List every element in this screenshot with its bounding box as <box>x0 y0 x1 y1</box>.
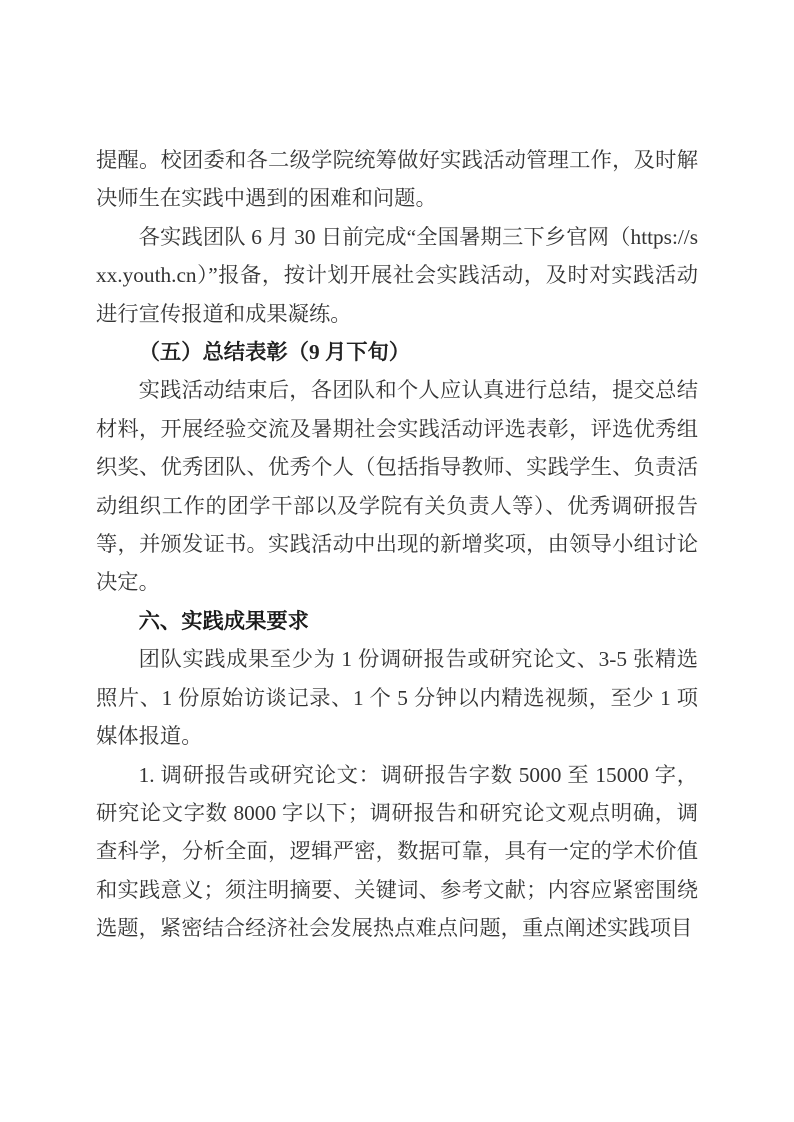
paragraph: 提醒。校团委和各二级学院统筹做好实践活动管理工作，及时解决师生在实践中遇到的困难… <box>96 141 698 218</box>
paragraph: 1. 调研报告或研究论文：调研报告字数 5000 至 15000 字，研究论文字… <box>96 756 698 948</box>
section-heading: 六、实践成果要求 <box>96 602 698 640</box>
paragraph: 实践活动结束后，各团队和个人应认真进行总结，提交总结材料，开展经验交流及暑期社会… <box>96 371 698 601</box>
document-body: 提醒。校团委和各二级学院统筹做好实践活动管理工作，及时解决师生在实践中遇到的困难… <box>96 141 698 948</box>
section-heading: （五）总结表彰（9 月下旬） <box>96 333 698 371</box>
document-page: 提醒。校团委和各二级学院统筹做好实践活动管理工作，及时解决师生在实践中遇到的困难… <box>0 0 794 1122</box>
paragraph: 各实践团队 6 月 30 日前完成“全国暑期三下乡官网（https://sxx.… <box>96 218 698 333</box>
paragraph: 团队实践成果至少为 1 份调研报告或研究论文、3-5 张精选照片、1 份原始访谈… <box>96 640 698 755</box>
